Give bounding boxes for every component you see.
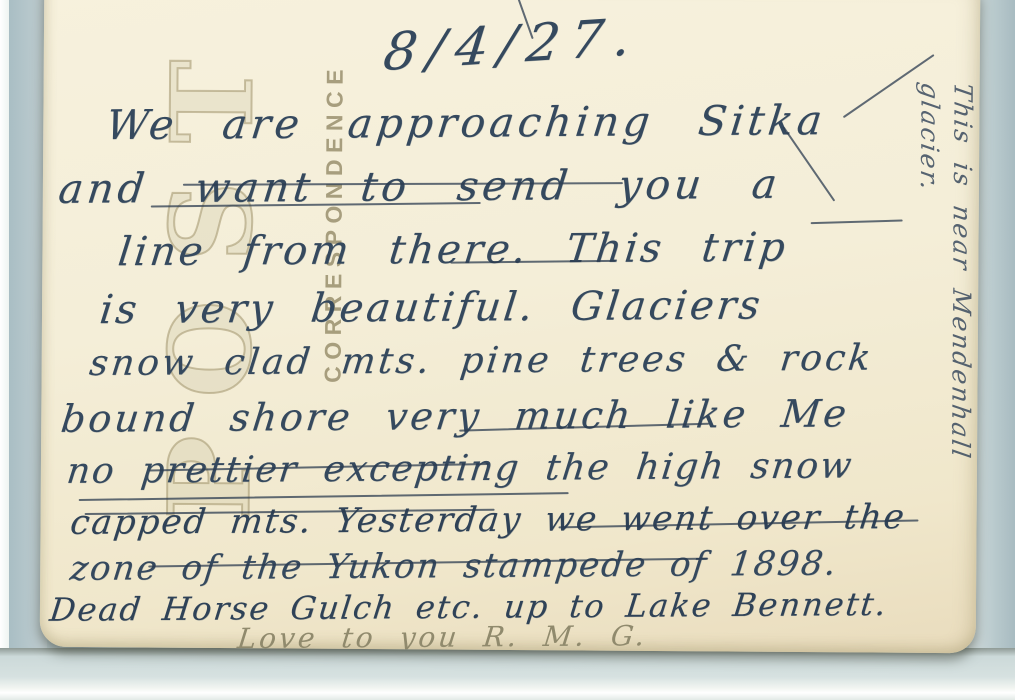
- message-line: line from there. This trip: [116, 225, 791, 276]
- scan-edge-white-strip: [0, 0, 9, 700]
- postcard: POST CORRESPONDENCE 8/4/27. We are appro…: [40, 0, 981, 653]
- pen-scratch: [811, 220, 903, 225]
- postcard-scan: POST CORRESPONDENCE 8/4/27. We are appro…: [0, 0, 1015, 700]
- scan-background-bottom: [0, 648, 1015, 700]
- date: 8/4/27.: [380, 7, 643, 83]
- message-line: capped mts. Yesterday we went over the: [68, 497, 908, 543]
- signature: Love to you R. M. G.: [236, 619, 649, 653]
- side-note-line: glacier.: [910, 80, 946, 585]
- message-line: is very beautiful. Glaciers: [97, 283, 765, 334]
- message-line: bound shore very much like Me: [59, 391, 852, 440]
- side-note-vertical: This is near Mendenhall glacier.: [910, 83, 979, 583]
- message-line: snow clad mts. pine trees & rock: [87, 338, 875, 384]
- side-note-line: This is near Mendenhall: [943, 81, 979, 586]
- message-line: We are approaching Sitka: [104, 96, 829, 149]
